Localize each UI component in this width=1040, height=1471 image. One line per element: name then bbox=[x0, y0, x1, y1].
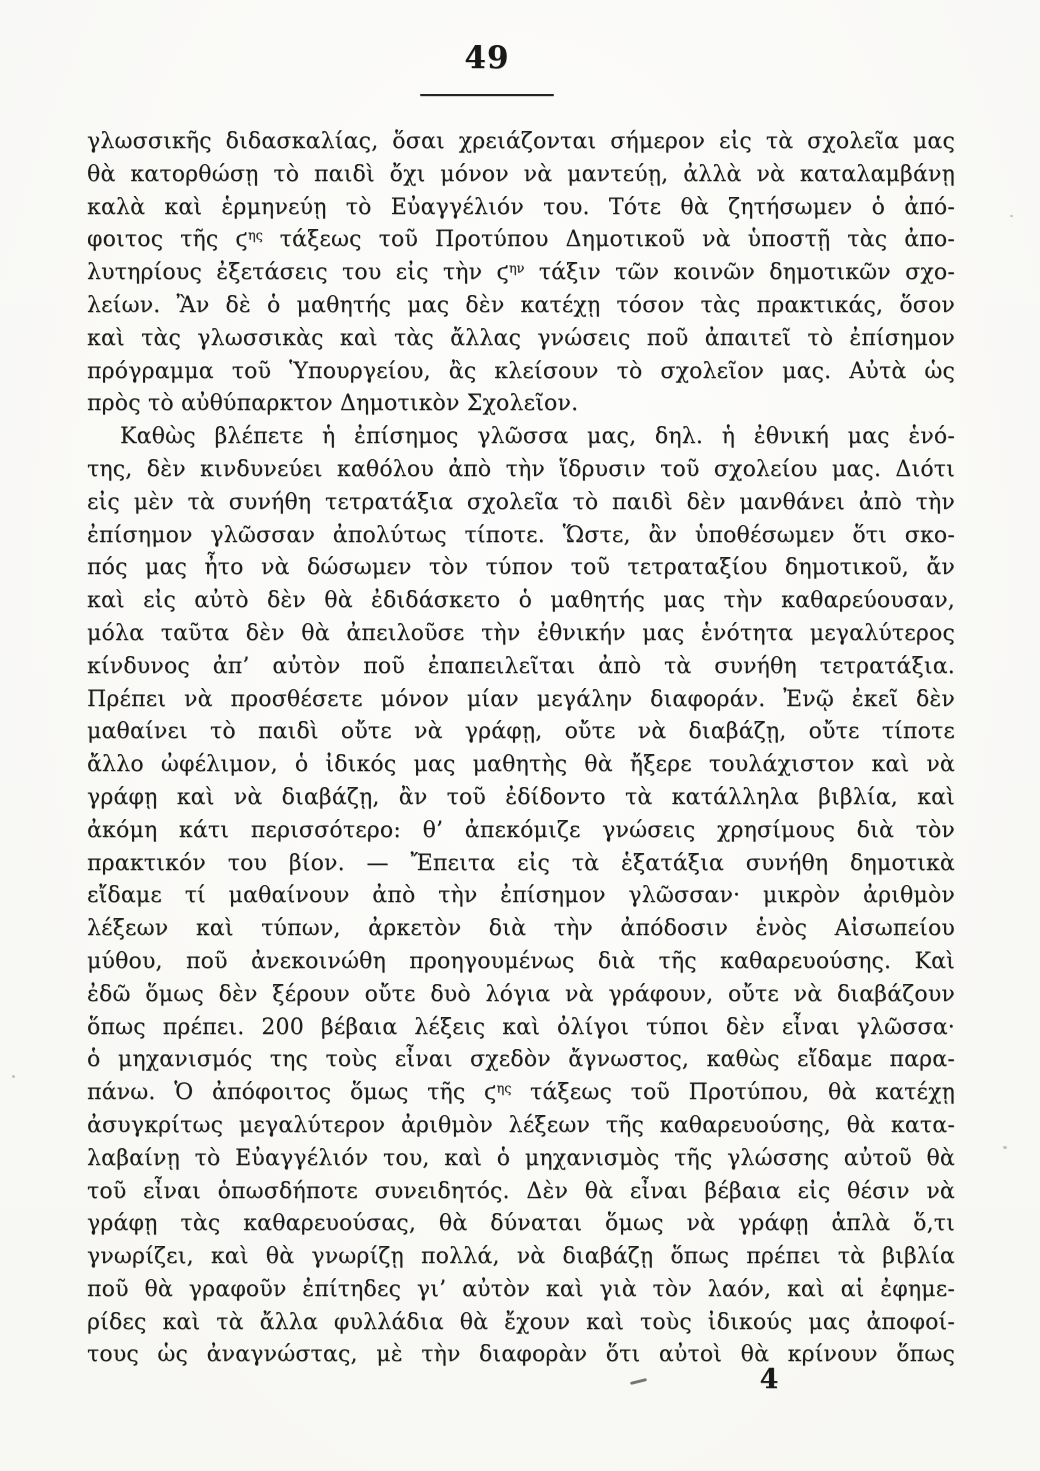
text-line: ἀκόμη κάτι περισσότερο: θ’ ἀπεκόμιζε γνώ… bbox=[87, 815, 955, 848]
text-line: εἴδαμε τί μαθαίνουν ἀπὸ τὴν ἐπίσημον γλῶ… bbox=[87, 880, 955, 913]
text-line: θὰ κατορθώσῃ τὸ παιδὶ ὄχι μόνον νὰ μαντε… bbox=[87, 159, 955, 192]
text-line: ἀσυγκρίτως μεγαλύτερον ἀριθμὸν λέξεων τῆ… bbox=[87, 1110, 955, 1143]
ordinal-superscript: ης bbox=[497, 1082, 512, 1097]
text-line: λέξεων καὶ τύπων, ἀρκετὸν διὰ τὴν ἀπόδοσ… bbox=[87, 913, 955, 946]
text-line: πρὸς τὸ αὐθύπαρκτον Δημοτικὸν Σχολεῖον. bbox=[87, 388, 955, 421]
text-line: ὅπως πρέπει. 200 βέβαια λέξεις καὶ ὀλίγο… bbox=[87, 1012, 955, 1045]
ink-artifact bbox=[630, 1378, 647, 1385]
text-line: μαθαίνει τὸ παιδὶ οὔτε νὰ γράφῃ, οὔτε νὰ… bbox=[87, 716, 955, 749]
text-line: ἐπίσημον γλῶσσαν ἀπολύτως τίποτε. Ὥστε, … bbox=[87, 520, 955, 553]
document-page: 49 γλωσσικῆς διδασκαλίας, ὅσαι χρειάζοντ… bbox=[0, 0, 1040, 1471]
text-line: Πρέπει νὰ προσθέσετε μόνον μίαν μεγάλην … bbox=[87, 684, 955, 717]
text-line: Καθὼς βλέπετε ἡ ἐπίσημος γλῶσσα μας, δηλ… bbox=[87, 421, 955, 454]
page-number-rule bbox=[420, 94, 554, 96]
text-line: λυτηρίους ἐξετάσεις του εἰς τὴν ϛην τάξι… bbox=[87, 257, 955, 290]
scan-speck bbox=[1010, 215, 1013, 217]
signature-mark: 4 bbox=[752, 1364, 786, 1395]
text-line: πρόγραμμα τοῦ Ὑπουργείου, ἂς κλείσουν τὸ… bbox=[87, 356, 955, 389]
ordinal-superscript: ης bbox=[248, 229, 263, 244]
text-line: γλωσσικῆς διδασκαλίας, ὅσαι χρειάζονται … bbox=[87, 126, 955, 159]
text-line: κίνδυνος ἀπ’ αὐτὸν ποῦ ἐπαπειλεῖται ἀπὸ … bbox=[87, 651, 955, 684]
text-line: καὶ εἰς αὐτὸ δὲν θὰ ἐδιδάσκετο ὁ μαθητής… bbox=[87, 585, 955, 618]
text-line: καλὰ καὶ ἑρμηνεύῃ τὸ Εὐαγγέλιόν του. Τότ… bbox=[87, 192, 955, 225]
text-line: γράφῃ τὰς καθαρευούσας, θὰ δύναται ὅμως … bbox=[87, 1208, 955, 1241]
text-line: εἰς μὲν τὰ συνήθη τετρατάξια σχολεῖα τὸ … bbox=[87, 487, 955, 520]
text-block: γλωσσικῆς διδασκαλίας, ὅσαι χρειάζονται … bbox=[87, 126, 955, 1372]
paragraph: Καθὼς βλέπετε ἡ ἐπίσημος γλῶσσα μας, δηλ… bbox=[87, 421, 955, 1372]
text-line: της, δὲν κινδυνεύει καθόλου ἀπὸ τὴν ἵδρυ… bbox=[87, 454, 955, 487]
text-line: πάνω. Ὁ ἀπόφοιτος ὅμως τῆς ϛης τάξεως το… bbox=[87, 1077, 955, 1110]
text-line: τους ὡς ἀναγνώστας, μὲ τὴν διαφορὰν ὅτι … bbox=[87, 1339, 955, 1372]
paragraph: γλωσσικῆς διδασκαλίας, ὅσαι χρειάζονται … bbox=[87, 126, 955, 421]
ordinal-superscript: ην bbox=[509, 262, 524, 277]
text-line: ὁ μηχανισμός της τοὺς εἶναι σχεδὸν ἄγνωσ… bbox=[87, 1044, 955, 1077]
text-line: πός μας ἦτο νὰ δώσωμεν τὸν τύπον τοῦ τετ… bbox=[87, 552, 955, 585]
text-line: ἄλλο ὠφέλιμον, ὁ ἰδικός μας μαθητὴς θὰ ἤ… bbox=[87, 749, 955, 782]
text-line: ἐδῶ ὅμως δὲν ξέρουν οὔτε δυὸ λόγια νὰ γρ… bbox=[87, 979, 955, 1012]
text-line: ποῦ θὰ γραφοῦν ἐπίτηδες γι’ αὐτὸν καὶ γι… bbox=[87, 1274, 955, 1307]
scan-speck bbox=[1003, 1146, 1007, 1149]
text-line: γνωρίζει, καὶ θὰ γνωρίζῃ πολλά, νὰ διαβά… bbox=[87, 1241, 955, 1274]
text-line: τοῦ εἶναι ὁπωσδήποτε συνειδητός. Δὲν θὰ … bbox=[87, 1176, 955, 1209]
text-line: γράφῃ καὶ νὰ διαβάζῃ, ἂν τοῦ ἐδίδοντο τὰ… bbox=[87, 782, 955, 815]
text-line: φοιτος τῆς ϛης τάξεως τοῦ Προτύπου Δημοτ… bbox=[87, 224, 955, 257]
text-line: λαβαίνῃ τὸ Εὐαγγέλιόν του, καὶ ὁ μηχανισ… bbox=[87, 1143, 955, 1176]
text-line: ρίδες καὶ τὰ ἄλλα φυλλάδια θὰ ἔχουν καὶ … bbox=[87, 1307, 955, 1340]
text-line: μόλα ταῦτα δὲν θὰ ἀπειλοῦσε τὴν ἐθνικήν … bbox=[87, 618, 955, 651]
page-number: 49 bbox=[420, 40, 554, 76]
text-line: μύθου, ποῦ ἀνεκοινώθη προηγουμένως διὰ τ… bbox=[87, 946, 955, 979]
text-line: πρακτικόν του βίον. — Ἔπειτα εἰς τὰ ἑξατ… bbox=[87, 848, 955, 881]
scan-speck bbox=[12, 1075, 15, 1078]
text-line: καὶ τὰς γλωσσικὰς καὶ τὰς ἄλλας γνώσεις … bbox=[87, 323, 955, 356]
text-line: λείων. Ἂν δὲ ὁ μαθητής μας δὲν κατέχῃ τό… bbox=[87, 290, 955, 323]
